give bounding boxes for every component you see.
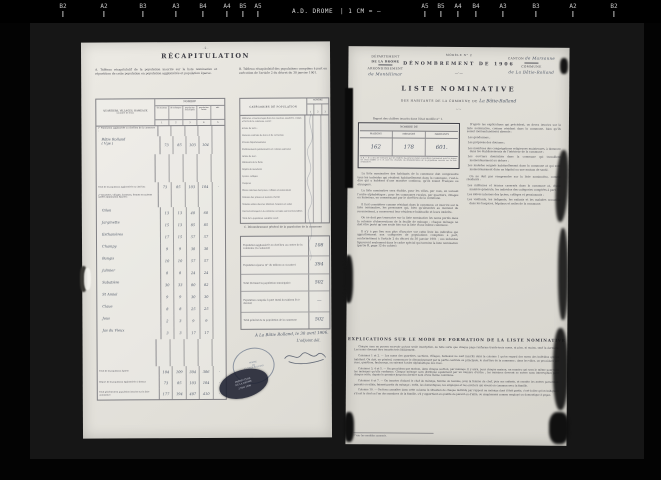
ruler-tick: B3	[139, 3, 146, 17]
ruler-tick-label: A5	[421, 3, 428, 10]
hamlet-row: Champy 9 9 30 30	[97, 242, 225, 255]
section-1-row: 1° Population agglomérée au chef-lieu de…	[96, 126, 224, 137]
ruler-tick: A3	[499, 3, 506, 17]
table-a-caption: A. Tableau récapitulatif de la populatio…	[95, 68, 217, 76]
ruler-tick: B5	[239, 3, 246, 17]
ruler-tick-label: B3	[139, 3, 146, 10]
table-a-name-header: QUARTIERS, VILLAGES, HAMEAUX (nombre de …	[96, 99, 155, 125]
ruler-tick-mark	[202, 11, 204, 17]
instruction-paragraph: On ne doit pas transcrire sur la liste n…	[357, 216, 458, 228]
recapitulation-title: RÉCAPITULATION	[81, 51, 330, 60]
ruler-tick-label: B3	[532, 3, 539, 10]
hamlet-row: Jalinier 8 8 24 24	[97, 266, 225, 279]
explanation-paragraph: Colonnes 6 et 7. — On inscrira d'abord l…	[354, 379, 559, 387]
list-title: LISTE NOMINATIVE	[348, 84, 569, 94]
ruler-tick-label: B5	[239, 3, 246, 10]
closing-block: À La Bâtie Rolland, le 30 avril 1906. L'…	[230, 331, 328, 343]
table-a-column-number: 4	[197, 120, 211, 125]
table-a-column-number: 3	[183, 120, 197, 125]
table-a-column-label: de ménages	[169, 106, 183, 119]
report-value: 178	[393, 138, 426, 155]
microfilm-ruler: A.D. DROME | 1 CM = — B2 A2 B3 A3	[0, 0, 661, 23]
general-count-table: Population agglomérée au chef-lieu ou ce…	[240, 235, 330, 329]
ruler-tick-label: B4	[472, 3, 479, 10]
hamlet-row: Claue 8 8 25 25	[97, 302, 225, 315]
hamlet-row: Gilon 13 13 40 60	[97, 206, 225, 219]
village-row: Bâtie Rolland ( Vge ) 73 85 103 104	[96, 136, 224, 155]
canton-name: de Marsanne	[525, 56, 555, 61]
ruler-tick-label: A5	[254, 3, 261, 10]
divider-rule	[524, 63, 538, 64]
list-item: Les préposés des douanes ;	[470, 141, 561, 145]
section-2-row: 2° Quartiers, villages, hameaux, fermes …	[97, 192, 225, 207]
ruler-tick-mark	[226, 11, 228, 17]
explanation-paragraph: Colonnes 3, 4 et 5. — On procédera par m…	[354, 367, 559, 379]
report-box: NOMBRE DE MAISONSMÉNAGESHABITANTS 162178…	[358, 122, 460, 169]
hamlet-row: St Amiol 9 9 30 30	[97, 290, 225, 303]
ruler-tick-mark	[457, 11, 459, 17]
instruction-paragraph: Il faut considérer comme résidant dans l…	[357, 203, 458, 215]
ruler-tick: B4	[199, 3, 206, 17]
ruler-tick: A2	[569, 3, 576, 17]
ruler-archive-label: A.D. DROME	[292, 8, 333, 15]
table-a-column-number: 1	[155, 120, 169, 125]
ruler-tick-label: A3	[172, 3, 179, 10]
instructions-right-column: D'après les explications qui précèdent, …	[466, 123, 561, 208]
total-row: Total de la population éparse 104 109 30…	[98, 366, 226, 378]
microfilm-frame: A.D. DROME | 1 CM = — B2 A2 B3 A3	[0, 0, 661, 480]
ornament: ~·~	[348, 106, 569, 112]
table-a-column-label: obs.	[211, 106, 224, 119]
commune-name: de La Bâtie-Rolland	[509, 69, 555, 74]
ruler-tick-mark	[502, 11, 504, 17]
ruler-tick-label: A4	[454, 3, 461, 10]
ruler-tick-mark	[62, 11, 64, 17]
hamlet-row: Esthanières 17 15 57 57	[97, 230, 225, 243]
ruler-tick: B5	[437, 3, 444, 17]
ruler-tick-mark	[440, 11, 442, 17]
instruction-paragraph: Il n'y a pas lieu non plus d'inscrire su…	[357, 230, 458, 249]
place-date-line: À La Bâtie Rolland, le 30 avril 1906.	[230, 330, 328, 339]
ruler-tick-label: B5	[437, 3, 444, 10]
explanation-paragraph: Colonnes 1 et 2. — Les noms des quartier…	[354, 354, 559, 366]
ruler-tick-label: B2	[610, 3, 617, 10]
count-row: Population comptée à part (total du tabl…	[241, 292, 329, 313]
table-a-column-label: population municipale	[183, 106, 197, 119]
table-a-column-label: de maisons	[155, 106, 169, 119]
ruler-tick-mark	[142, 11, 144, 17]
explanation-paragraph: Colonne 10. — On fera connaître dans cet…	[354, 388, 559, 396]
list-item: Les vieillards, les indigents, les enfan…	[469, 198, 560, 206]
report-note: N.B. — Il y a lieu de s'assurer que les …	[360, 156, 458, 167]
hamlet-row: Sabatière 30 33 80 82	[97, 278, 225, 291]
total-row: Report de la population agglomérée ci-de…	[98, 377, 226, 389]
ruler-tick-label: A3	[499, 3, 506, 10]
ruler-tick: A3	[172, 3, 179, 17]
signature-title: L'adjoint dél.	[231, 338, 321, 342]
ruler-tick-mark	[475, 11, 477, 17]
ruler-tick: A2	[100, 3, 107, 17]
count-row: Population éparse (2° du tableau A ci-co…	[241, 257, 329, 275]
instructions-left-column: La liste nominative des habitants de la …	[357, 172, 459, 251]
ruler-tick-label: A2	[100, 3, 107, 10]
table-a-column-label: population totale	[197, 106, 211, 119]
total-agglomeree-row: Total de la population agglomérée au che…	[97, 181, 225, 193]
explanations-body: Chaque case ne pourra recevoir qu'une se…	[354, 345, 559, 399]
ruler-tick-mark	[424, 11, 426, 17]
list-intro: D'après les explications qui précèdent, …	[467, 123, 561, 135]
list-item: Les membres des congrégations religieuse…	[470, 147, 561, 155]
liste-nominative-page: DÉPARTEMENT DE LA DROME ARRONDISSEMENT d…	[345, 46, 569, 446]
table-a-column-number: 2	[169, 120, 183, 125]
ruler-tick-label: A2	[569, 3, 576, 10]
hamlet-row: Jous 2 3 9 9	[97, 314, 225, 327]
report-caption: Report des chiffres inscrits dans l'état…	[358, 116, 458, 121]
count-row: Total général de la population de la com…	[241, 312, 329, 329]
signature-flourish	[283, 347, 327, 365]
instruction-paragraph: La liste nominative des habitants de la …	[357, 172, 458, 187]
table-a-column-number: 5	[211, 120, 224, 125]
report-column-label: MAISONS	[360, 131, 393, 137]
ruler-tick: A4	[454, 3, 461, 17]
ruler-tick: A5	[254, 3, 261, 17]
ruler-tick: B2	[610, 3, 617, 17]
ruler-tick-mark	[242, 11, 244, 17]
ruler-tick: B4	[472, 3, 479, 17]
explanation-paragraph: Chaque case ne pourra recevoir qu'une se…	[354, 345, 559, 353]
blank-rows	[97, 154, 225, 182]
hamlet-row: Bangis 10 10 57 57	[97, 254, 225, 267]
ruler-tick-label: A4	[223, 3, 230, 10]
ruler-tick: A4	[223, 3, 230, 17]
ruler-tick-mark	[103, 11, 105, 17]
list-item: Les ouvriers domiciliés dans la commune …	[470, 156, 561, 164]
table-a-header: QUARTIERS, VILLAGES, HAMEAUX (nombre de …	[96, 99, 224, 127]
report-column-label: MÉNAGES	[393, 131, 426, 137]
ruler-tick-mark	[613, 11, 615, 17]
explanations-title: EXPLICATIONS SUR LE MODE DE FORMATION DE…	[346, 336, 567, 343]
ruler-tick-mark	[572, 11, 574, 17]
canton-block: CANTON de Marsanne COMMUNE de La Bâtie-R…	[500, 55, 562, 75]
list-item: Les militaires et marins casernés dans l…	[469, 184, 560, 192]
report-column-label: HABITANTS	[426, 132, 458, 138]
list-intro-2: On ne doit pas comprendre sur la liste n…	[467, 175, 561, 183]
ruler-tick: B3	[532, 3, 539, 17]
footnote: * Voir les modèles annexés.	[353, 432, 433, 438]
hamlet-row: Jarginette 15 13 85 85	[97, 218, 225, 231]
count-row: Total (formant la population municipale)…	[241, 274, 329, 292]
list-subtitle: DES HABITANTS DE LA COMMUNE DE La Bâtie-…	[348, 98, 569, 105]
page-number: - 2 -	[81, 45, 330, 50]
section-c-title: C. Dénombrement général de la population…	[238, 225, 328, 229]
ruler-tick-mark	[535, 11, 537, 17]
ruler-tick: A5	[421, 3, 428, 17]
report-value: 601.	[426, 139, 458, 156]
commune-name-handwritten: La Bâtie-Rolland	[479, 99, 516, 104]
list-item: Les malades soignés habituellement dans …	[470, 164, 561, 172]
ruler-tick-label: B2	[59, 3, 66, 10]
ruler-tick: B2	[59, 3, 66, 17]
ruler-tick-mark	[257, 11, 259, 17]
ruler-scale-label: | 1 CM = —	[340, 8, 381, 15]
report-value: 162	[360, 138, 393, 155]
recapitulation-page: - 2 - RÉCAPITULATION A. Tableau récapitu…	[81, 41, 332, 438]
instruction-paragraph: La liste nominative sera établie, pour l…	[357, 189, 458, 201]
ruler-tick-mark	[175, 11, 177, 17]
total-row: Total général de la population inscrite …	[98, 388, 226, 400]
ruler-tick-label: B4	[199, 3, 206, 10]
hamlet-row: Jas du Vieux 3 3 17 17	[97, 326, 225, 339]
table-b-caption: B. Tableau récapitulatif des populations…	[239, 67, 327, 75]
blank-rows	[98, 338, 226, 366]
population-table-a: QUARTIERS, VILLAGES, HAMEAUX (nombre de …	[95, 98, 227, 401]
count-row: Population agglomérée au chef-lieu ou ce…	[241, 236, 329, 257]
